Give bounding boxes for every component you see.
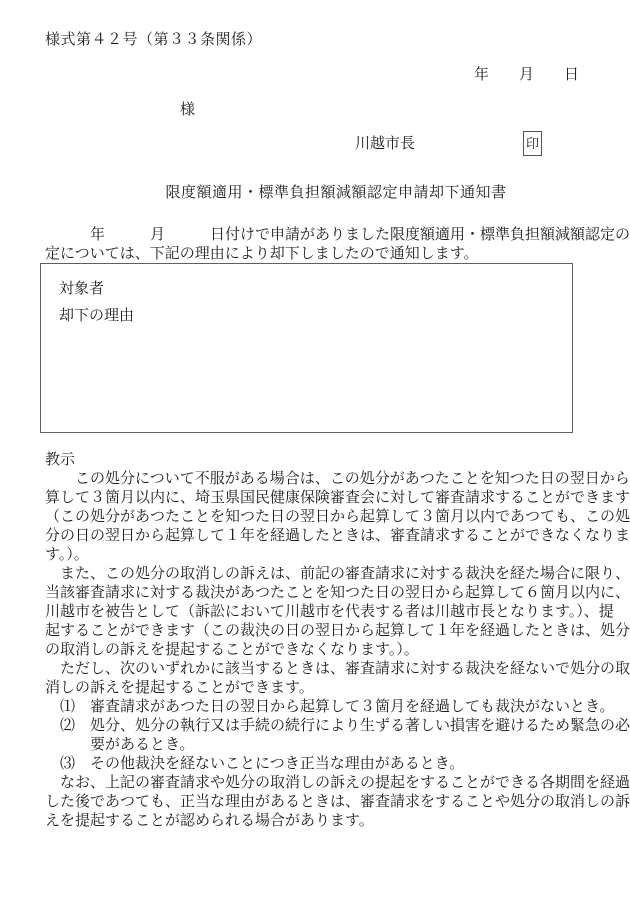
subject-reason-box: 対象者 却下の理由 bbox=[40, 263, 573, 433]
issuer-name: 川越市長 bbox=[355, 135, 415, 154]
issue-date-line: 年 月 日 bbox=[474, 66, 579, 85]
kyoji-heading: 教示 bbox=[45, 451, 75, 470]
subject-label: 対象者 bbox=[59, 280, 572, 299]
kyoji-body-text: この処分について不服がある場合は、この処分があつたことを知つた日の翌日から起 算… bbox=[45, 470, 630, 831]
addressee-honorific: 様 bbox=[180, 101, 195, 120]
document-title: 限度額適用・標準負担額減額認定申請却下通知書 bbox=[0, 184, 630, 203]
form-number: 様式第４２号（第３３条関係） bbox=[45, 31, 262, 50]
document-page: 様式第４２号（第３３条関係） 年 月 日 様 川越市長 印 限度額適用・標準負担… bbox=[0, 0, 630, 903]
official-seal-placeholder: 印 bbox=[523, 131, 542, 156]
seal-character: 印 bbox=[526, 137, 539, 150]
intro-paragraph: 年 月 日付けで申請がありました限度額適用・標準負担額減額認定の認 定については… bbox=[45, 226, 630, 264]
rejection-reason-label: 却下の理由 bbox=[59, 307, 572, 326]
